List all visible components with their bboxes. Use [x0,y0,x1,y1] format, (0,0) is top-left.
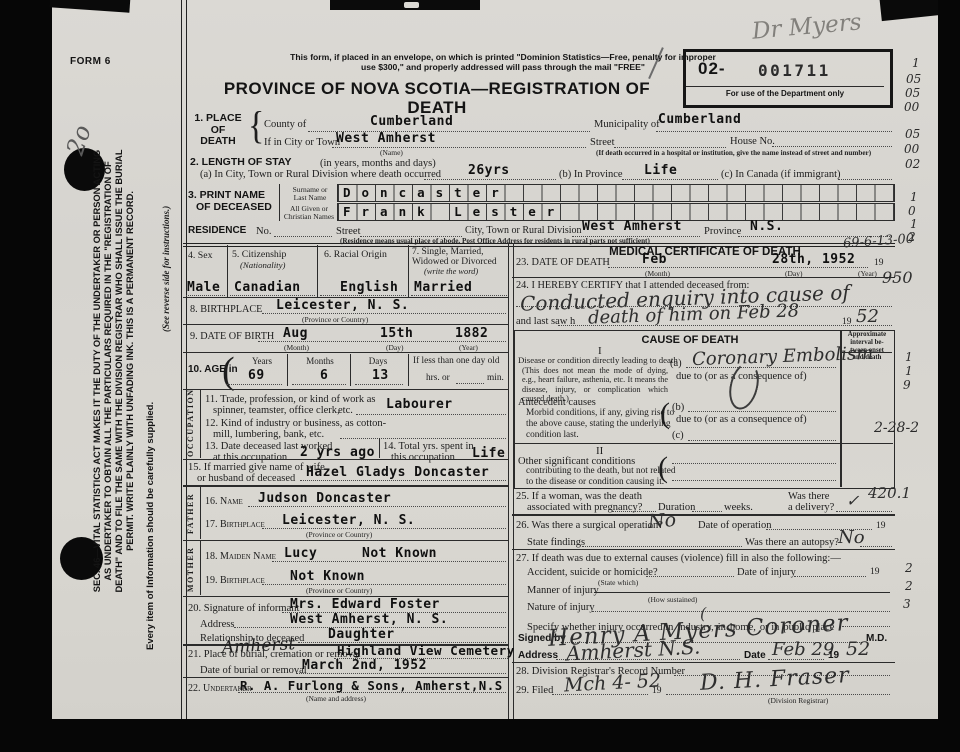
s10-min: min. [487,374,504,384]
s27-how: (How sustained) [648,595,697,604]
dotted-line [672,462,836,464]
s3-city-label: City, Town or Rural Division [465,226,582,237]
s1-county-value: Cumberland [370,114,453,129]
mother-side-label: MOTHER [186,545,195,593]
department-box-prefix: 02- [698,60,726,79]
hand-420: 420.1 [868,486,911,501]
s10-years: 69 [248,368,265,383]
s10-months: 6 [320,368,328,383]
dotted-line [836,510,892,512]
s2-a-value: 26yrs [468,163,510,178]
margin-note: 2 [905,561,913,575]
sec46-vital-statistics-text: SEC. 46—VITAL STATISTICS ACT MAKES IT TH… [92,147,137,595]
s17-label: 17. Birthplace [205,520,265,531]
cause-b-label: (b) [672,402,684,413]
s3-surname-label: Surname or Last Name [284,186,336,203]
s4-label: 4. Sex [188,251,213,261]
s15-value: Hazel Gladys Doncaster [306,465,489,480]
s2-b-label: (b) In Province [559,169,623,180]
dotted-line [692,510,722,512]
s8-label: 8. BIRTHPLACE [190,305,262,316]
s18-label: 18. Maiden Name [205,552,276,563]
s10-years-label: Years [240,357,284,366]
margin-note: 05 [906,72,921,86]
s20-rel-value: Daughter [328,627,395,642]
col-divider [200,541,201,595]
dotted-line [424,178,556,180]
s1-name-note: (Name) [380,148,403,157]
s1-street-label: Street [590,137,615,148]
s25-was1: Was there [788,491,829,502]
margin-note: 05 [905,86,920,100]
s1-city-label: If in City or Town [264,137,340,148]
margin-note: 2-28-2 [874,420,919,436]
dotted-line [666,693,890,695]
dotted-line [230,294,315,296]
margin-note: 1 [910,190,918,204]
s19-sub: (Province or Country) [306,586,372,595]
dotted-line [860,545,892,547]
row-line [514,443,893,444]
dotted-line [614,146,726,148]
s15-l1: 15. If married give name of wife [188,462,325,473]
s21-date-value: March 2nd, 1952 [302,658,427,673]
cause-title: CAUSE OF DEATH [570,334,810,346]
s17-value: Leicester, N. S. [282,513,415,528]
cause-ante1: Antecedent causes [518,397,596,408]
scanned-death-registration: FORM 6 2o SEC. 46—VITAL STATISTICS ACT M… [0,0,960,752]
signed-addr-hand: Amherst N.S. [566,636,701,663]
s1-municipality-value: Cumberland [658,112,741,127]
col-divider [408,245,409,297]
dotted-line [456,382,484,384]
s5-sub: (Nationality) [240,261,285,270]
solid-fill-line [594,592,890,593]
col-divider [408,354,409,386]
margin-note: 1 [910,217,918,231]
s3-surname-value: Doncaster [337,185,510,200]
s3-given-value: Frank Lester [337,204,565,219]
dotted-line [332,146,586,148]
dotted-line [646,575,734,577]
department-box-number: 001711 [758,61,831,80]
s3-divider [279,184,280,221]
s9-year: 1882 [455,326,488,341]
s27-manner: Manner of injury [527,585,599,596]
signed-addr-label: Address [518,650,558,661]
col-divider [287,354,288,386]
s12-l1: 12. Kind of industry or business, as cot… [205,418,386,429]
s5-value: Canadian [234,280,301,295]
s23-month: Feb [642,252,667,267]
margin-note: 00 [904,100,919,114]
s27-injury-date: Date of injury [737,567,796,578]
s8-value: Leicester, N. S. [276,298,409,313]
dotted-line [772,145,892,147]
s22-value: R. A. Furlong & Sons, Amherst,N.S [240,678,503,693]
s3-province-value: N.S. [750,219,783,234]
s2-label: 2. LENGTH OF STAY [190,157,292,169]
s25-l1: 25. If a woman, was the death [516,491,642,502]
s1-hospital-note: (If death occurred in a hospital or inst… [596,149,871,157]
s10-days: 13 [372,368,389,383]
cause-brace-other: ( [658,452,668,484]
dotted-line [656,130,892,132]
margin-note: 9 [903,378,911,392]
col-divider [200,486,201,539]
cause-other2: contributing to the death, but not relat… [526,466,678,488]
s17-sub: (Province or Country) [306,530,372,539]
signed-nineteen: 19 [828,650,839,661]
dotted-line [794,575,866,577]
s14-l1: 14. Total yrs. spent in [383,441,474,452]
row-line [183,389,508,390]
s10-brace: ( [222,352,235,392]
s27-accident: Accident, suicide or homicide? [527,567,658,578]
s7-sub: (write the word) [424,268,478,277]
s2-b-value: Life [644,163,677,178]
s21-date-label: Date of burial or removal [200,665,307,676]
s10-months-label: Months [298,357,342,366]
cause-brace-bc: ( [660,398,670,430]
department-box: 02- 001711 For use of the Department onl… [683,49,893,108]
s26-nineteen: 19 [876,522,886,532]
s27-label: 27. If death was due to external causes … [516,553,841,564]
s11-value: Labourer [386,397,453,412]
col-divider [350,354,351,386]
every-item-note: Every item of Information should be care… [146,318,156,650]
cause-c-label: (c) [672,430,684,441]
s27-nineteen: 19 [870,568,880,578]
s21-hand-overlay: Amherst [222,636,296,657]
s26-findings: State findings [527,537,585,548]
cause-ante2: Morbid conditions, if any, giving rise t… [526,408,678,441]
s19-value: Not Known [290,569,365,584]
dotted-line [355,383,403,385]
s9-year-sub: (Year) [459,343,478,352]
s2-c-label: (c) In Canada (if immigrant) [721,169,841,180]
s22-sub: (Name and address) [306,694,366,703]
s26-date-label: Date of operation [698,520,771,531]
dotted-line [558,324,892,326]
cause-a-label: (a) [670,358,682,369]
s9-month-sub: (Month) [284,343,309,352]
dotted-line [622,178,718,180]
row-line [512,514,895,516]
col-divider [379,438,380,458]
s26-label: 26. Was there a surgical operation? [516,520,663,531]
s11-l2: spinner, teamster, office clerk, [213,405,340,416]
s12-l2: mill, lumbering, bank, etc. [213,429,324,440]
page-title: PROVINCE OF NOVA SCOTIA—REGISTRATION OF … [196,80,678,117]
s20-value: Mrs. Edward Foster [290,597,440,612]
dotted-line [274,235,332,237]
s5-label: 5. Citizenship [232,250,286,260]
cause-due-b: due to (or as a consequence of) [676,414,807,425]
s14-l2: this occupation [391,452,455,463]
s27-nature: Nature of injury [527,602,595,613]
s13-value: 2 yrs ago [300,445,375,460]
s29-sub: (Division Registrar) [768,696,828,705]
s9-month: Aug [283,326,308,341]
margin-note: 2 [905,579,913,593]
row-line [183,485,508,487]
margin-note: 02 [905,157,920,171]
dotted-line [838,178,892,180]
department-box-divider [686,86,884,87]
s24-nineteen: 19 [842,318,852,328]
s10-hrs: hrs. or [426,374,450,384]
dotted-line [226,383,282,385]
margin-note: 0 [908,204,916,218]
s25-was2: a delivery? [788,502,834,513]
father-side-label: FATHER [186,489,195,537]
s23-day-year: 28th, 1952 [772,252,855,267]
s9-day-sub: (Day) [386,343,404,352]
s18-value1: Lucy [284,546,317,561]
department-box-caption: For use of the Department only [686,90,884,99]
see-reverse-note: (See reverse side for instructions.) [162,156,171,332]
s1-city-value: West Amherst [336,131,436,146]
form-left-double-rule [181,0,187,719]
s3-city-value: West Amherst [582,219,682,234]
margin-note: 3 [903,597,911,611]
col-divider [200,389,201,458]
dotted-line [411,294,507,296]
s3-residence-label: RESIDENCE [188,225,246,236]
occupation-side-label: OCCUPATION [186,391,195,457]
s20-addr-value: West Amherst, N. S. [290,612,448,627]
form-number-label: FORM 6 [70,56,111,67]
s10-less-label: If less than one day old [413,357,500,367]
signed-date-label: Date [744,650,766,661]
s16-label: 16. Name [205,497,243,508]
s1-county-label: County of [264,119,306,130]
s29-label: 29. Filed [516,685,553,696]
s26-value: No [647,511,676,532]
dotted-line [688,439,836,441]
s2-a-label: (a) In City, Town or Rural Division wher… [200,169,441,180]
s29-filed-hand: Mch 4- 52 [564,671,662,695]
signed-year-hand: 52 [846,640,870,659]
s23-label: 23. DATE OF DEATH [516,258,610,269]
s19-label: 19. Birthplace [205,576,265,587]
margin-note: 1 [905,364,913,378]
s4-value: Male [187,280,220,295]
scan-black-bottom [0,719,960,752]
s3-no-label: No. [256,226,271,237]
s3-given-label: All Given or Christian Names [282,205,336,222]
s1-municipality-label: Municipality of [594,119,660,130]
margin-note: 05 [905,127,920,141]
s18-value2: Not Known [362,546,437,561]
dotted-line [582,545,742,547]
row-line [512,549,895,550]
signed-date-hand: Feb 29 [772,641,834,659]
dotted-line [340,437,506,439]
s16-value: Judson Doncaster [258,491,391,506]
s6-label: 6. Racial Origin [324,250,387,260]
row-line [512,277,895,278]
dotted-line [292,383,346,385]
s20-addr-label: Address [200,619,234,630]
s2-paren: (in years, months and days) [320,158,436,169]
scan-black-right [938,0,960,752]
dotted-line [842,625,890,627]
s1-house-label: House No. [730,136,775,147]
s29-nineteen: 19 [652,687,662,697]
s3-province-label: Province [704,226,741,237]
s6-value: English [340,280,398,295]
s27-state-which: (State which) [598,578,638,587]
dotted-line [688,410,836,412]
cause-d1: Disease or condition directly leading to… [518,356,678,365]
s1-brace: { [248,106,264,147]
dotted-line [672,479,836,481]
s3-label2: OF DECEASED [196,202,272,214]
s26-autopsy: Was there an autopsy? [745,537,839,548]
margin-note: 00 [904,142,919,156]
row-line [183,459,508,460]
col-divider [227,245,228,297]
s8-sub: (Province or Country) [302,315,368,324]
row-line [183,540,508,541]
dotted-line [186,294,225,296]
s11-l1: 11. Trade, profession, or kind of work a… [205,394,376,405]
row-line [183,324,508,325]
s25-check: ✓ [846,493,859,509]
scan-artifact-white-speck [404,2,419,8]
col-divider [317,245,318,297]
s1-label: 1. PLACE OF DEATH [190,113,246,148]
margin-note: 1 [912,56,920,70]
s7-value: Married [414,280,472,295]
s21-value: Highland View Cemetery [337,643,515,658]
dotted-line [356,413,506,415]
s25-weeks: weeks. [724,502,753,513]
dotted-line [320,294,406,296]
s11-l2b: etc. [338,405,353,416]
s10-days-label: Days [358,357,398,366]
s15-l2: or husband of deceased [197,473,295,484]
s3-street-label: Street [336,226,361,237]
s9-day: 15th [380,326,413,341]
s3-label1: 3. PRINT NAME [188,190,265,202]
margin-note: 1 [905,350,913,364]
